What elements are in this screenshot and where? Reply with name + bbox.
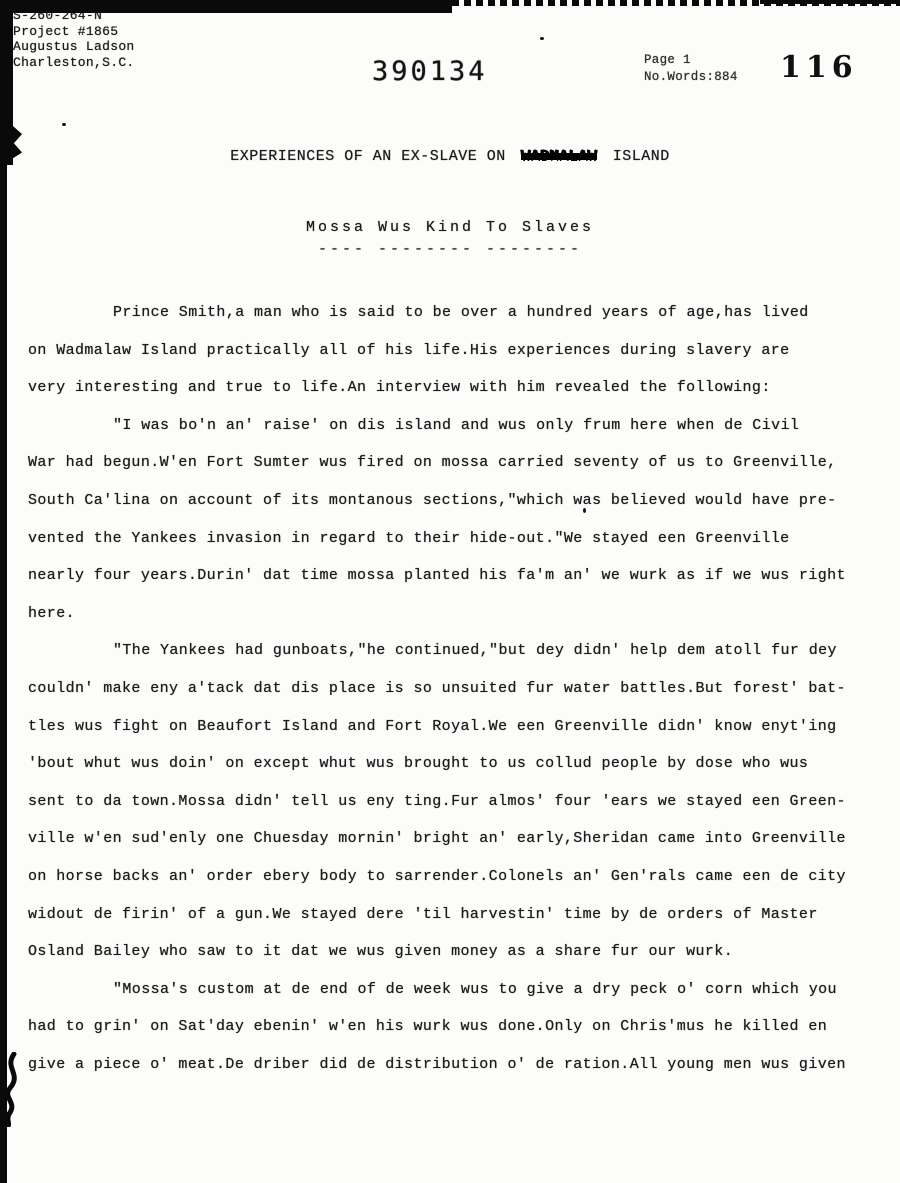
word-count-label: No.Words:884 (644, 69, 738, 86)
interviewer-location: Charleston,S.C. (13, 55, 135, 71)
body-line: "Mossa's custom at de end of de week wus… (28, 971, 873, 1009)
body-line: 'bout whut wus doin' on except whut wus … (28, 745, 873, 783)
scan-artifact-left-band (0, 0, 7, 1183)
body-line: widout de firin' of a gun.We stayed dere… (28, 896, 873, 934)
document-body: Prince Smith,a man who is said to be ove… (28, 294, 873, 1083)
body-line: "I was bo'n an' raise' on dis island and… (28, 407, 873, 445)
paragraph: "The Yankees had gunboats,"he continued,… (28, 632, 873, 970)
body-line: had to grin' on Sat'day ebenin' w'en his… (28, 1008, 873, 1046)
body-line: ville w'en sud'enly one Chuesday mornin'… (28, 820, 873, 858)
page-number-label: Page 1 (644, 52, 738, 69)
scan-artifact-top-band (0, 0, 452, 13)
body-line: Osland Bailey who saw to it dat we wus g… (28, 933, 873, 971)
scan-artifact-pen-squiggle (0, 1052, 30, 1132)
paragraph: Prince Smith,a man who is said to be ove… (28, 294, 873, 407)
page-number-stamp: 116 (780, 50, 858, 85)
page-info: Page 1 No.Words:884 (644, 52, 738, 85)
body-line: War had begun.W'en Fort Sumter wus fired… (28, 444, 873, 482)
scanned-document-page: S-260-264-N Project #1865 Augustus Ladso… (0, 0, 900, 1183)
document-title: EXPERIENCES OF AN EX-SLAVE ON WADMALAW I… (0, 148, 900, 165)
body-line: sent to da town.Mossa didn' tell us eny … (28, 783, 873, 821)
paragraph: "I was bo'n an' raise' on dis island and… (28, 407, 873, 633)
title-suffix: ISLAND (613, 148, 670, 165)
body-line: give a piece o' meat.De driber did de di… (28, 1046, 873, 1084)
body-line: vented the Yankees invasion in regard to… (28, 520, 873, 558)
title-prefix: EXPERIENCES OF AN EX-SLAVE ON (230, 148, 506, 165)
paragraph: "Mossa's custom at de end of de week wus… (28, 971, 873, 1084)
interviewer-name: Augustus Ladson (13, 39, 135, 55)
body-line: nearly four years.Durin' dat time mossa … (28, 557, 873, 595)
body-line: on horse backs an' order ebery body to s… (28, 858, 873, 896)
project-number: Project #1865 (13, 24, 135, 40)
body-line: "The Yankees had gunboats,"he continued,… (28, 632, 873, 670)
body-line: South Ca'lina on account of its montanou… (28, 482, 873, 520)
title-struck-word: WADMALAW (521, 148, 597, 165)
body-line: couldn' make eny a'tack dat dis place is… (28, 670, 873, 708)
scan-speck (62, 123, 66, 126)
scan-speck (583, 508, 586, 513)
scan-speck (540, 37, 544, 40)
accession-number-stamp: 390134 (372, 56, 488, 87)
subtitle-underline-dashes: ---- -------- -------- (0, 241, 900, 258)
document-subtitle: Mossa Wus Kind To Slaves (0, 219, 900, 236)
body-line: tles wus fight on Beaufort Island and Fo… (28, 708, 873, 746)
body-line: here. (28, 595, 873, 633)
body-line: Prince Smith,a man who is said to be ove… (28, 294, 873, 332)
body-line: on Wadmalaw Island practically all of hi… (28, 332, 873, 370)
body-line: very interesting and true to life.An int… (28, 369, 873, 407)
project-header: S-260-264-N Project #1865 Augustus Ladso… (13, 8, 135, 70)
scan-artifact-top-band-right (760, 0, 900, 4)
